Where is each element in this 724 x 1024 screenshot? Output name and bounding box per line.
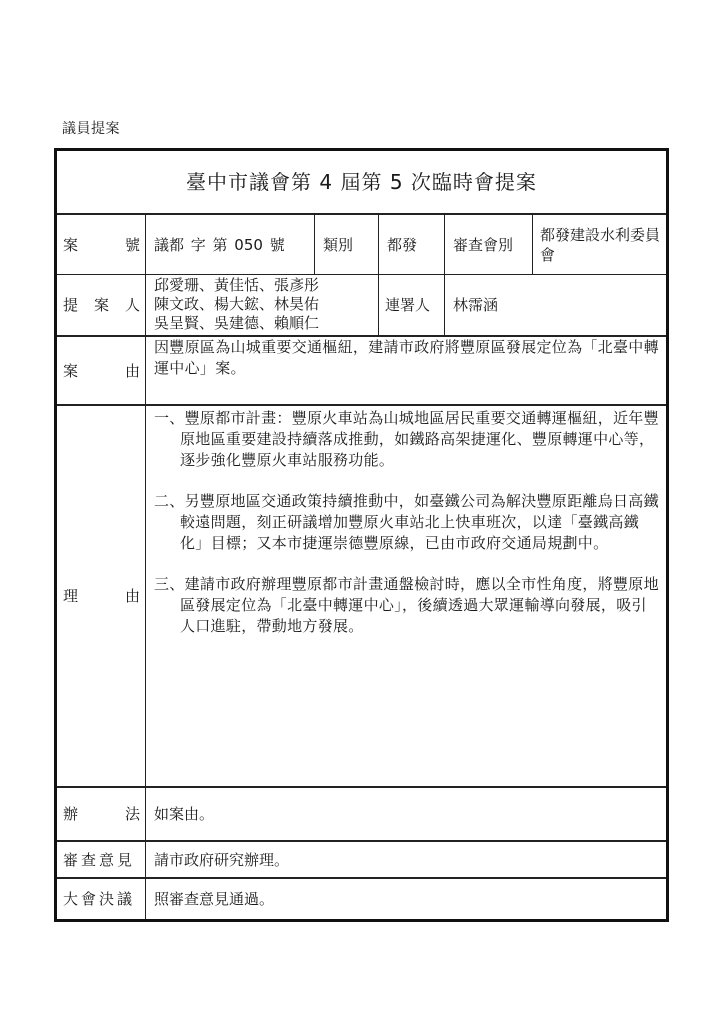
proposal-form: 臺中市議會第 4 屆第 5 次臨時會提案 案 號 議都 字 第 050 號 類別… [54,148,669,922]
form-title: 臺中市議會第 4 屆第 5 次臨時會提案 [57,151,666,213]
resolution-text: 照審查意見通過。 [149,879,666,919]
reason-item: 三、建請市政府辦理豐原都市計畫通盤檢討時，應以全市性角度，將豐原地區發展定位為「… [154,574,660,637]
cosigner-label: 連署人 [379,275,445,335]
category-label: 類別 [315,215,379,274]
case-number-label: 案 號 [57,215,145,274]
proposers-line: 邱愛珊、黃佳恬、張彥彤 [154,276,379,295]
reasons-content: 一、豐原都市計畫：豐原火車站為山城地區居民重要交通轉運樞紐，近年豐原地區重要建設… [149,406,666,786]
proposers-list: 邱愛珊、黃佳恬、張彥彤 陳文政、楊大鋐、林昊佑 吳呈賢、吳建德、賴順仁 [149,275,379,335]
proposers-line: 陳文政、楊大鋐、林昊佑 [154,295,379,314]
case-number-value: 議都 字 第 050 號 [149,215,314,274]
column-divider [378,213,379,335]
column-divider [532,213,533,275]
resolution-label: 大會決議 [57,879,145,919]
method-label: 辦 法 [57,788,145,840]
review-opinion-label: 審查意見 [57,842,145,877]
reason-item: 二、另豐原地區交通政策持續推動中，如臺鐵公司為解決豐原距離烏日高鐵較遠問題，刻正… [154,491,660,554]
subject-text: 因豐原區為山城重要交通樞紐，建請市政府將豐原區發展定位為「北臺中轉運中心」案。 [149,337,666,404]
proposers-line: 吳呈賢、吳建德、賴順仁 [154,314,379,333]
cosigner-value: 林霈涵 [445,275,666,335]
label-column-divider [145,213,146,919]
category-value: 都發 [379,215,445,274]
method-text: 如案由。 [149,788,666,840]
review-opinion-text: 請市政府研究辦理。 [149,842,666,877]
column-divider [314,213,315,275]
reasons-label: 理 由 [57,406,145,786]
column-divider [444,213,445,335]
subject-label: 案 由 [57,337,145,404]
proposers-label: 提 案 人 [57,275,145,335]
committee-value: 都發建設水利委員會 [534,215,666,274]
committee-label: 審查會別 [445,215,533,274]
document-type-label: 議員提案 [62,118,120,138]
reason-item: 一、豐原都市計畫：豐原火車站為山城地區居民重要交通轉運樞紐，近年豐原地區重要建設… [154,408,660,471]
